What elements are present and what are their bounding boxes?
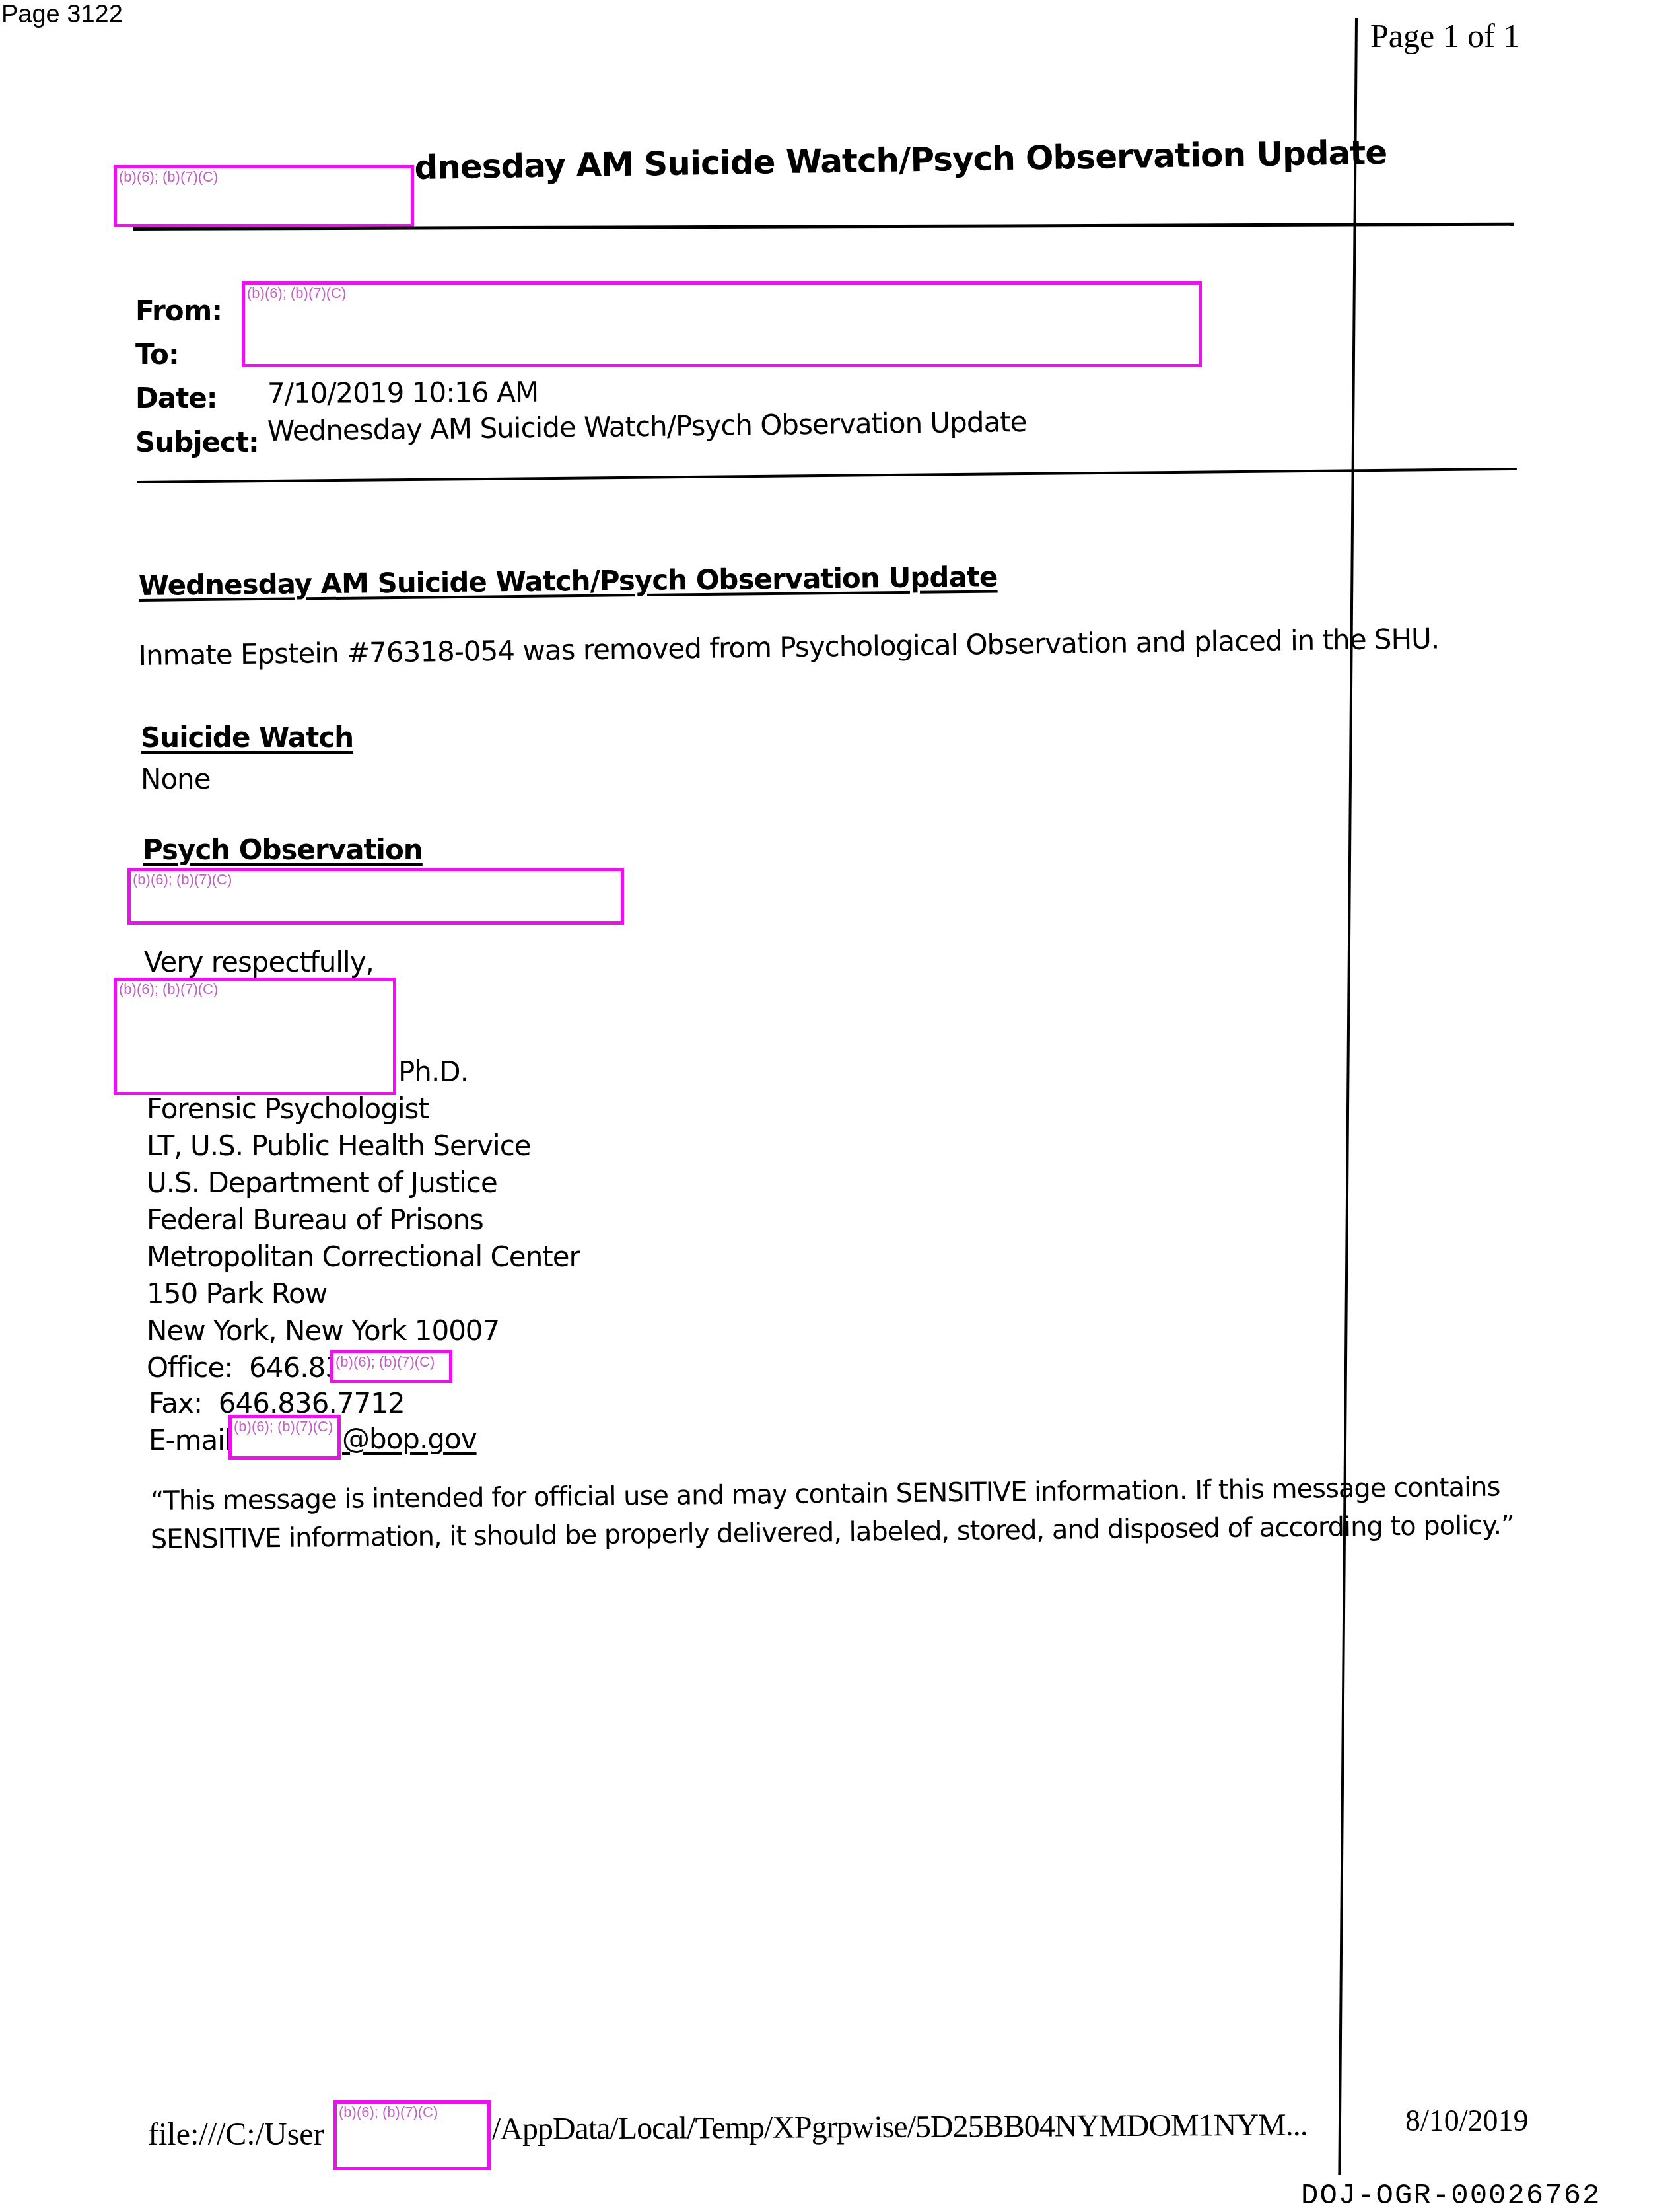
redaction-box-footer-user: (b)(6); (b)(7)(C) bbox=[333, 2100, 491, 2170]
from-label: From: bbox=[135, 295, 222, 327]
footer-path-prefix: file:///C:/User bbox=[148, 2116, 324, 2153]
subject-label: Subject: bbox=[135, 426, 259, 458]
section-title-text: Psych Observation bbox=[143, 834, 423, 866]
email-domain[interactable]: @bop.gov bbox=[342, 1423, 477, 1455]
footer-print-date: 8/10/2019 bbox=[1405, 2103, 1529, 2138]
signature-line: 150 Park Row bbox=[147, 1277, 327, 1310]
redaction-box-signature-name: (b)(6); (b)(7)(C) bbox=[114, 978, 396, 1095]
redaction-label: (b)(6); (b)(7)(C) bbox=[119, 168, 218, 186]
redaction-label: (b)(6); (b)(7)(C) bbox=[247, 285, 346, 302]
redaction-box-office-phone: (b)(6); (b)(7)(C) bbox=[330, 1350, 452, 1383]
redaction-label: (b)(6); (b)(7)(C) bbox=[335, 1353, 435, 1371]
section-content-suicide-watch: None bbox=[141, 763, 211, 795]
header-rule bbox=[137, 468, 1517, 483]
signature-line: LT, U.S. Public Health Service bbox=[147, 1129, 531, 1162]
page-stamp: Page 3122 bbox=[1, 0, 123, 29]
signature-line: Forensic Psychologist bbox=[147, 1092, 429, 1125]
redaction-label: (b)(6); (b)(7)(C) bbox=[133, 871, 232, 888]
section-title-text: Suicide Watch bbox=[141, 721, 353, 754]
redaction-box-psych-observation: (b)(6); (b)(7)(C) bbox=[127, 868, 624, 925]
body-heading-text: Wednesday AM Suicide Watch/Psych Observa… bbox=[138, 560, 997, 602]
signature-degree: Ph.D. bbox=[398, 1055, 468, 1088]
footer-path-suffix: /AppData/Local/Temp/XPgrpwise/5D25BB04NY… bbox=[492, 2107, 1308, 2147]
redaction-box-from-to: (b)(6); (b)(7)(C) bbox=[242, 281, 1202, 367]
office-label: Office: bbox=[147, 1351, 232, 1384]
body-heading: Wednesday AM Suicide Watch/Psych Observa… bbox=[138, 560, 997, 602]
email-link[interactable]: @bop.gov bbox=[342, 1423, 477, 1455]
email-label: E-mail: bbox=[149, 1424, 240, 1456]
section-title-psych-observation: Psych Observation bbox=[143, 834, 423, 866]
signature-line: Metropolitan Correctional Center bbox=[147, 1240, 580, 1273]
redaction-label: (b)(6); (b)(7)(C) bbox=[119, 981, 218, 998]
inmate-status-text: Inmate Epstein #76318-054 was removed fr… bbox=[138, 622, 1439, 672]
redaction-box-email-user: (b)(6); (b)(7)(C) bbox=[228, 1415, 341, 1460]
page-count: Page 1 of 1 bbox=[1370, 16, 1519, 55]
fax-label: Fax: bbox=[149, 1387, 202, 1419]
office-phone: Office: 646.836 bbox=[147, 1351, 359, 1384]
signature-line: New York, New York 10007 bbox=[147, 1314, 499, 1347]
scan-vertical-line bbox=[1338, 18, 1358, 2175]
bates-number: DOJ-OGR-00026762 bbox=[1301, 2180, 1601, 2212]
date-label: Date: bbox=[135, 382, 217, 414]
redaction-label: (b)(6); (b)(7)(C) bbox=[339, 2104, 438, 2121]
to-label: To: bbox=[135, 338, 179, 371]
closing: Very respectfully, bbox=[144, 946, 374, 978]
signature-line: U.S. Department of Justice bbox=[147, 1166, 497, 1199]
redaction-label: (b)(6); (b)(7)(C) bbox=[234, 1418, 333, 1435]
disclaimer-line-2: SENSITIVE information, it should be prop… bbox=[151, 1510, 1515, 1555]
section-title-suicide-watch: Suicide Watch bbox=[141, 721, 353, 754]
date-value: 7/10/2019 10:16 AM bbox=[267, 376, 538, 410]
redaction-box-title: (b)(6); (b)(7)(C) bbox=[114, 165, 414, 227]
subject-value: Wednesday AM Suicide Watch/Psych Observa… bbox=[267, 406, 1026, 447]
disclaimer-line-1: “This message is intended for official u… bbox=[151, 1472, 1500, 1516]
signature-line: Federal Bureau of Prisons bbox=[147, 1203, 483, 1236]
document-title: Vednesday AM Suicide Watch/Psych Observa… bbox=[369, 133, 1387, 188]
